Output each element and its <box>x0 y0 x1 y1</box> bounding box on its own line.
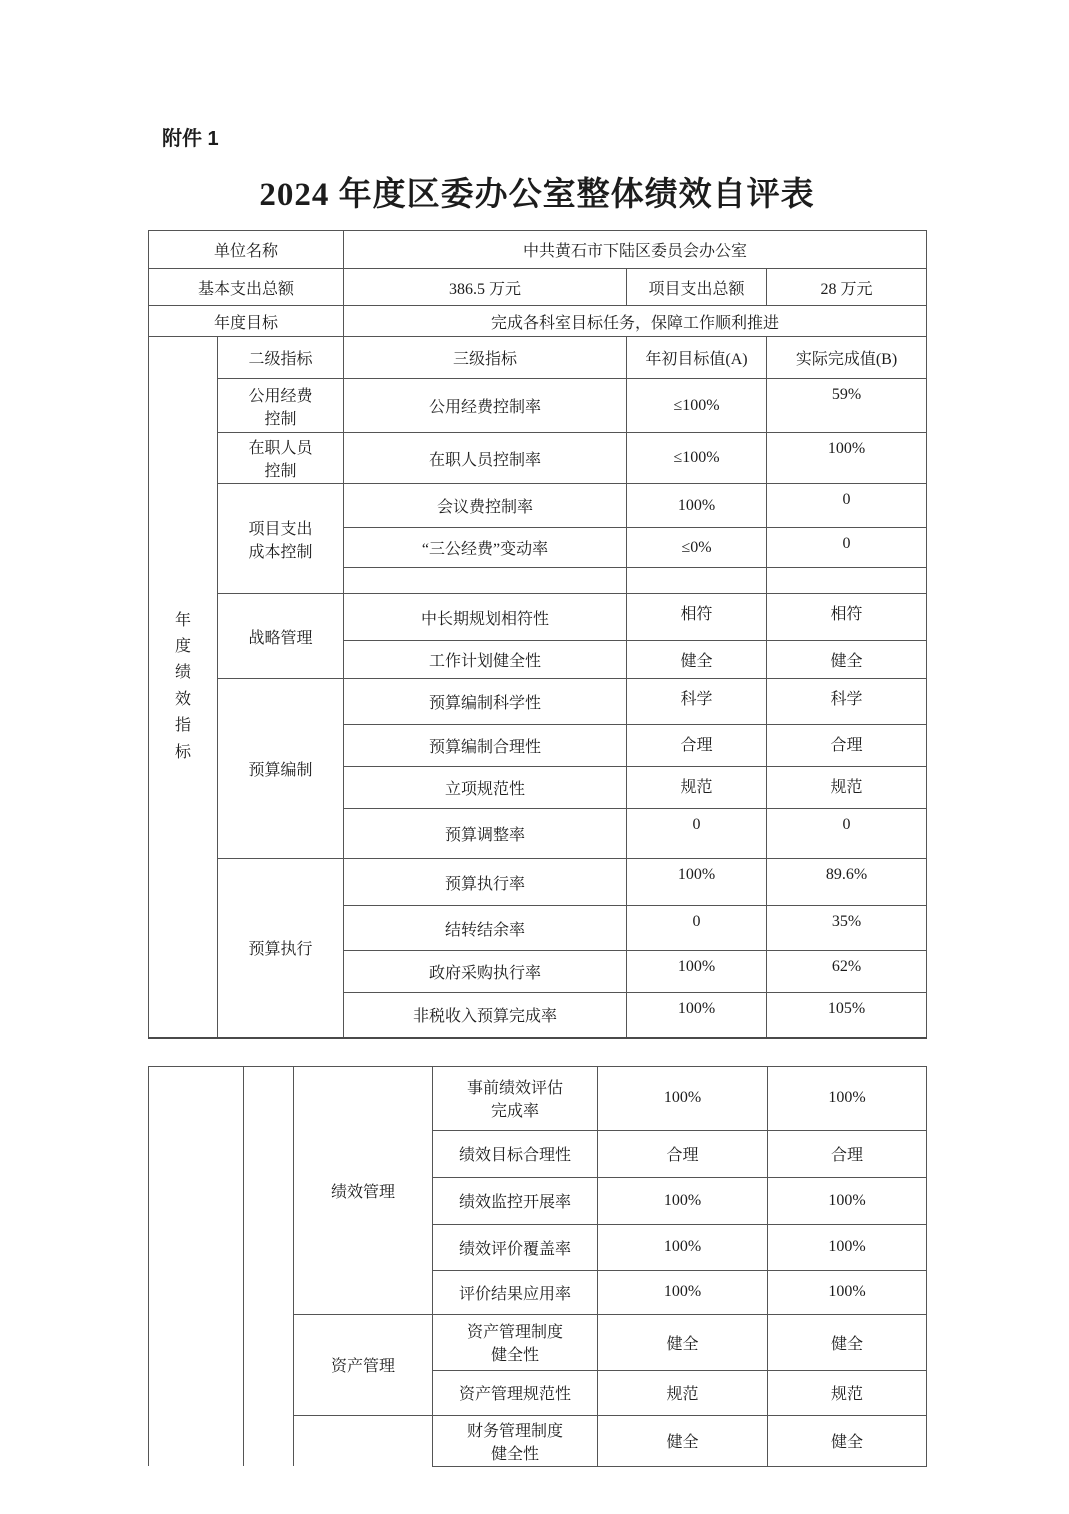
actual-value-cell: 100% <box>768 1066 927 1130</box>
indicator-row: 绩效管理事前绩效评估 完成率100%100% <box>149 1066 927 1130</box>
third-indicator-cell: 资产管理制度 健全性 <box>433 1314 598 1370</box>
document-content: 附件 1 2024 年度区委办公室整体绩效自评表 单位名称 中共黄石市下陆区委员… <box>148 0 926 1467</box>
actual-value-cell: 规范 <box>768 1370 927 1415</box>
annual-goal-row: 年度目标 完成各科室目标任务，保障工作顺利推进 <box>149 306 927 337</box>
target-value-cell: ≤100% <box>627 379 767 433</box>
target-value-cell: 规范 <box>627 767 767 809</box>
annual-goal-label-cell: 年度目标 <box>149 306 344 337</box>
target-value-cell: 100% <box>598 1224 768 1270</box>
third-indicator-cell: 公用经费控制率 <box>344 379 627 433</box>
target-value-cell: ≤100% <box>627 433 767 484</box>
third-indicator-cell: “三公经费”变动率 <box>344 528 627 568</box>
project-expense-label-cell: 项目支出总额 <box>627 269 767 306</box>
target-value-cell: 相符 <box>627 594 767 641</box>
third-indicator-cell: 绩效监控开展率 <box>433 1177 598 1224</box>
target-value-cell: ≤0% <box>627 528 767 568</box>
third-indicator-cell: 事前绩效评估 完成率 <box>433 1066 598 1130</box>
indicator-header-row: 年度绩效指标 二级指标 三级指标 年初目标值(A) 实际完成值(B) <box>149 337 927 379</box>
secondary-indicator-cell: 公用经费 控制 <box>218 379 344 433</box>
project-expense-value-cell: 28 万元 <box>767 269 927 306</box>
header-secondary-indicator: 二级指标 <box>218 337 344 379</box>
third-indicator-cell: 财务管理制度 健全性 <box>433 1415 598 1466</box>
target-value-cell: 0 <box>627 906 767 951</box>
actual-value-cell: 科学 <box>767 679 927 725</box>
indicator-row: 预算编制预算编制科学性科学科学 <box>149 679 927 725</box>
actual-value-cell: 规范 <box>767 767 927 809</box>
actual-value-cell: 0 <box>767 809 927 859</box>
actual-value-cell: 100% <box>768 1270 927 1314</box>
continuation-table: 绩效管理事前绩效评估 完成率100%100%绩效目标合理性合理合理绩效监控开展率… <box>148 1066 927 1467</box>
target-value-cell: 健全 <box>627 641 767 679</box>
target-value-cell: 规范 <box>598 1370 768 1415</box>
target-value-cell: 100% <box>627 859 767 906</box>
actual-value-cell: 35% <box>767 906 927 951</box>
secondary-indicator-cell: 预算执行 <box>218 859 344 1038</box>
expense-row: 基本支出总额 386.5 万元 项目支出总额 28 万元 <box>149 269 927 306</box>
third-indicator-cell: 预算编制科学性 <box>344 679 627 725</box>
target-value-cell: 100% <box>598 1177 768 1224</box>
secondary-indicator-cell: 资产管理 <box>294 1314 433 1415</box>
continuation-left-spacer-cell-2 <box>244 1066 294 1466</box>
actual-value-cell: 相符 <box>767 594 927 641</box>
actual-value-cell <box>767 568 927 594</box>
actual-value-cell: 62% <box>767 951 927 993</box>
indicator-row: 预算执行预算执行率100%89.6% <box>149 859 927 906</box>
target-value-cell: 100% <box>598 1270 768 1314</box>
secondary-indicator-cell: 项目支出 成本控制 <box>218 484 344 594</box>
target-value-cell: 100% <box>598 1066 768 1130</box>
actual-value-cell: 105% <box>767 993 927 1038</box>
third-indicator-cell: 工作计划健全性 <box>344 641 627 679</box>
third-indicator-cell: 评价结果应用率 <box>433 1270 598 1314</box>
third-indicator-cell: 会议费控制率 <box>344 484 627 528</box>
target-value-cell: 科学 <box>627 679 767 725</box>
third-indicator-cell: 非税收入预算完成率 <box>344 993 627 1038</box>
target-value-cell: 100% <box>627 951 767 993</box>
actual-value-cell: 健全 <box>767 641 927 679</box>
actual-value-cell: 100% <box>768 1177 927 1224</box>
third-indicator-cell: 预算编制合理性 <box>344 725 627 767</box>
continuation-left-spacer-cell <box>149 1066 244 1466</box>
target-value-cell: 100% <box>627 484 767 528</box>
actual-value-cell: 合理 <box>767 725 927 767</box>
third-indicator-cell: 预算执行率 <box>344 859 627 906</box>
actual-value-cell: 0 <box>767 528 927 568</box>
actual-value-cell: 59% <box>767 379 927 433</box>
secondary-indicator-cell: 战略管理 <box>218 594 344 679</box>
indicator-row: 在职人员 控制在职人员控制率≤100%100% <box>149 433 927 484</box>
indicator-row: 战略管理中长期规划相符性相符相符 <box>149 594 927 641</box>
target-value-cell: 健全 <box>598 1415 768 1466</box>
header-target-value: 年初目标值(A) <box>627 337 767 379</box>
third-indicator-cell: 立项规范性 <box>344 767 627 809</box>
target-value-cell <box>627 568 767 594</box>
secondary-indicator-cell: 预算编制 <box>218 679 344 859</box>
unit-name-value-cell: 中共黄石市下陆区委员会办公室 <box>344 231 927 269</box>
target-value-cell: 合理 <box>627 725 767 767</box>
attachment-label: 附件 1 <box>162 122 926 151</box>
target-value-cell: 合理 <box>598 1130 768 1177</box>
indicator-row: 公用经费 控制公用经费控制率≤100%59% <box>149 379 927 433</box>
document-page: 附件 1 2024 年度区委办公室整体绩效自评表 单位名称 中共黄石市下陆区委员… <box>0 0 1069 1514</box>
third-indicator-cell: 资产管理规范性 <box>433 1370 598 1415</box>
unit-name-label-cell: 单位名称 <box>149 231 344 269</box>
basic-expense-value-cell: 386.5 万元 <box>344 269 627 306</box>
annual-performance-indicator-label: 年度绩效指标 <box>174 608 192 766</box>
header-actual-value: 实际完成值(B) <box>767 337 927 379</box>
unit-name-row: 单位名称 中共黄石市下陆区委员会办公室 <box>149 231 927 269</box>
secondary-indicator-cell: 在职人员 控制 <box>218 433 344 484</box>
third-indicator-cell: 绩效目标合理性 <box>433 1130 598 1177</box>
third-indicator-cell: 在职人员控制率 <box>344 433 627 484</box>
self-evaluation-table: 单位名称 中共黄石市下陆区委员会办公室 基本支出总额 386.5 万元 项目支出… <box>148 230 927 1039</box>
actual-value-cell: 健全 <box>768 1314 927 1370</box>
annual-goal-value-cell: 完成各科室目标任务，保障工作顺利推进 <box>344 306 927 337</box>
third-indicator-cell <box>344 568 627 594</box>
actual-value-cell: 合理 <box>768 1130 927 1177</box>
third-indicator-cell: 结转结余率 <box>344 906 627 951</box>
header-third-indicator: 三级指标 <box>344 337 627 379</box>
third-indicator-cell: 预算调整率 <box>344 809 627 859</box>
actual-value-cell: 0 <box>767 484 927 528</box>
secondary-indicator-cell: 绩效管理 <box>294 1066 433 1314</box>
target-value-cell: 100% <box>627 993 767 1038</box>
page-title: 2024 年度区委办公室整体绩效自评表 <box>148 168 926 215</box>
annual-performance-indicator-cell: 年度绩效指标 <box>149 337 218 1038</box>
indicator-row: 项目支出 成本控制会议费控制率100%0 <box>149 484 927 528</box>
third-indicator-cell: 政府采购执行率 <box>344 951 627 993</box>
actual-value-cell: 89.6% <box>767 859 927 906</box>
basic-expense-label-cell: 基本支出总额 <box>149 269 344 306</box>
third-indicator-cell: 中长期规划相符性 <box>344 594 627 641</box>
secondary-indicator-cell <box>294 1415 433 1466</box>
actual-value-cell: 100% <box>767 433 927 484</box>
third-indicator-cell: 绩效评价覆盖率 <box>433 1224 598 1270</box>
actual-value-cell: 健全 <box>768 1415 927 1466</box>
actual-value-cell: 100% <box>768 1224 927 1270</box>
target-value-cell: 健全 <box>598 1314 768 1370</box>
target-value-cell: 0 <box>627 809 767 859</box>
